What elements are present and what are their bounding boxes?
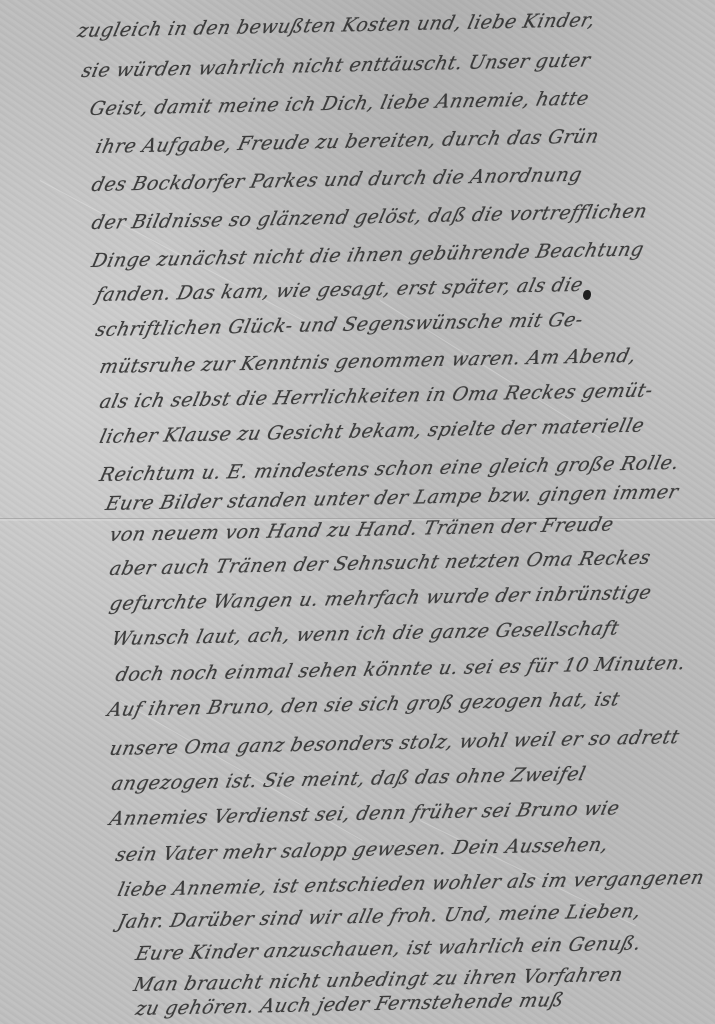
text-line: Reichtum u. E. mindestens schon eine gle… [97,452,681,486]
text-line: angezogen ist. Sie meint, daß das ohne Z… [109,763,587,795]
text-line: als ich selbst die Herrlichkeiten in Oma… [97,379,655,413]
letter-page: zugleich in den bewußten Kosten und, lie… [0,0,715,1024]
text-line: Eure Bilder standen unter der Lampe bzw.… [103,481,680,515]
text-line: zugleich in den bewußten Kosten und, lie… [75,9,597,42]
text-line: sie würden wahrlich nicht enttäuscht. Un… [79,49,592,82]
text-line: der Bildnisse so glänzend gelöst, daß di… [89,200,649,234]
text-line: doch noch einmal sehen könnte u. sei es … [113,652,687,686]
text-line: Geist, damit meine ich Dich, liebe Annem… [87,88,591,121]
text-line: Annemies Verdienst sei, denn früher sei … [107,797,621,830]
text-line: sein Vater mehr salopp gewesen. Dein Aus… [113,834,610,866]
text-line: des Bockdorfer Parkes und durch die Anor… [89,164,584,196]
text-line: Wunsch laut, ach, wenn ich die ganze Ges… [109,617,621,650]
text-line: Dinge zunächst nicht die ihnen gebührend… [89,238,646,272]
text-line: Auf ihren Bruno, den sie sich groß gezog… [105,688,622,721]
text-line: Eure Kinder anzuschauen, ist wahrlich ei… [133,932,643,965]
text-line: gefurchte Wangen u. mehrfach wurde der i… [107,582,653,615]
handwritten-text-block: zugleich in den bewußten Kosten und, lie… [0,0,715,1024]
text-line: unsere Oma ganz besonders stolz, wohl we… [107,726,681,760]
text-line: schriftlichen Glück- und Segenswünsche m… [93,309,585,341]
text-line: liebe Annemie, ist entschieden wohler al… [115,867,706,901]
text-line: fanden. Das kam, wie gesagt, erst später… [93,274,585,306]
text-line: von neuem von Hand zu Hand. Tränen der F… [107,513,615,546]
text-line: aber auch Tränen der Sehnsucht netzten O… [107,547,652,580]
text-line: Jahr. Darüber sind wir alle froh. Und, m… [115,900,643,933]
text-line: ihre Aufgabe, Freude zu bereiten, durch … [93,125,601,158]
text-line: mütsruhe zur Kenntnis genommen waren. Am… [97,345,638,378]
text-line: licher Klause zu Gesicht bekam, spielte … [97,415,646,449]
